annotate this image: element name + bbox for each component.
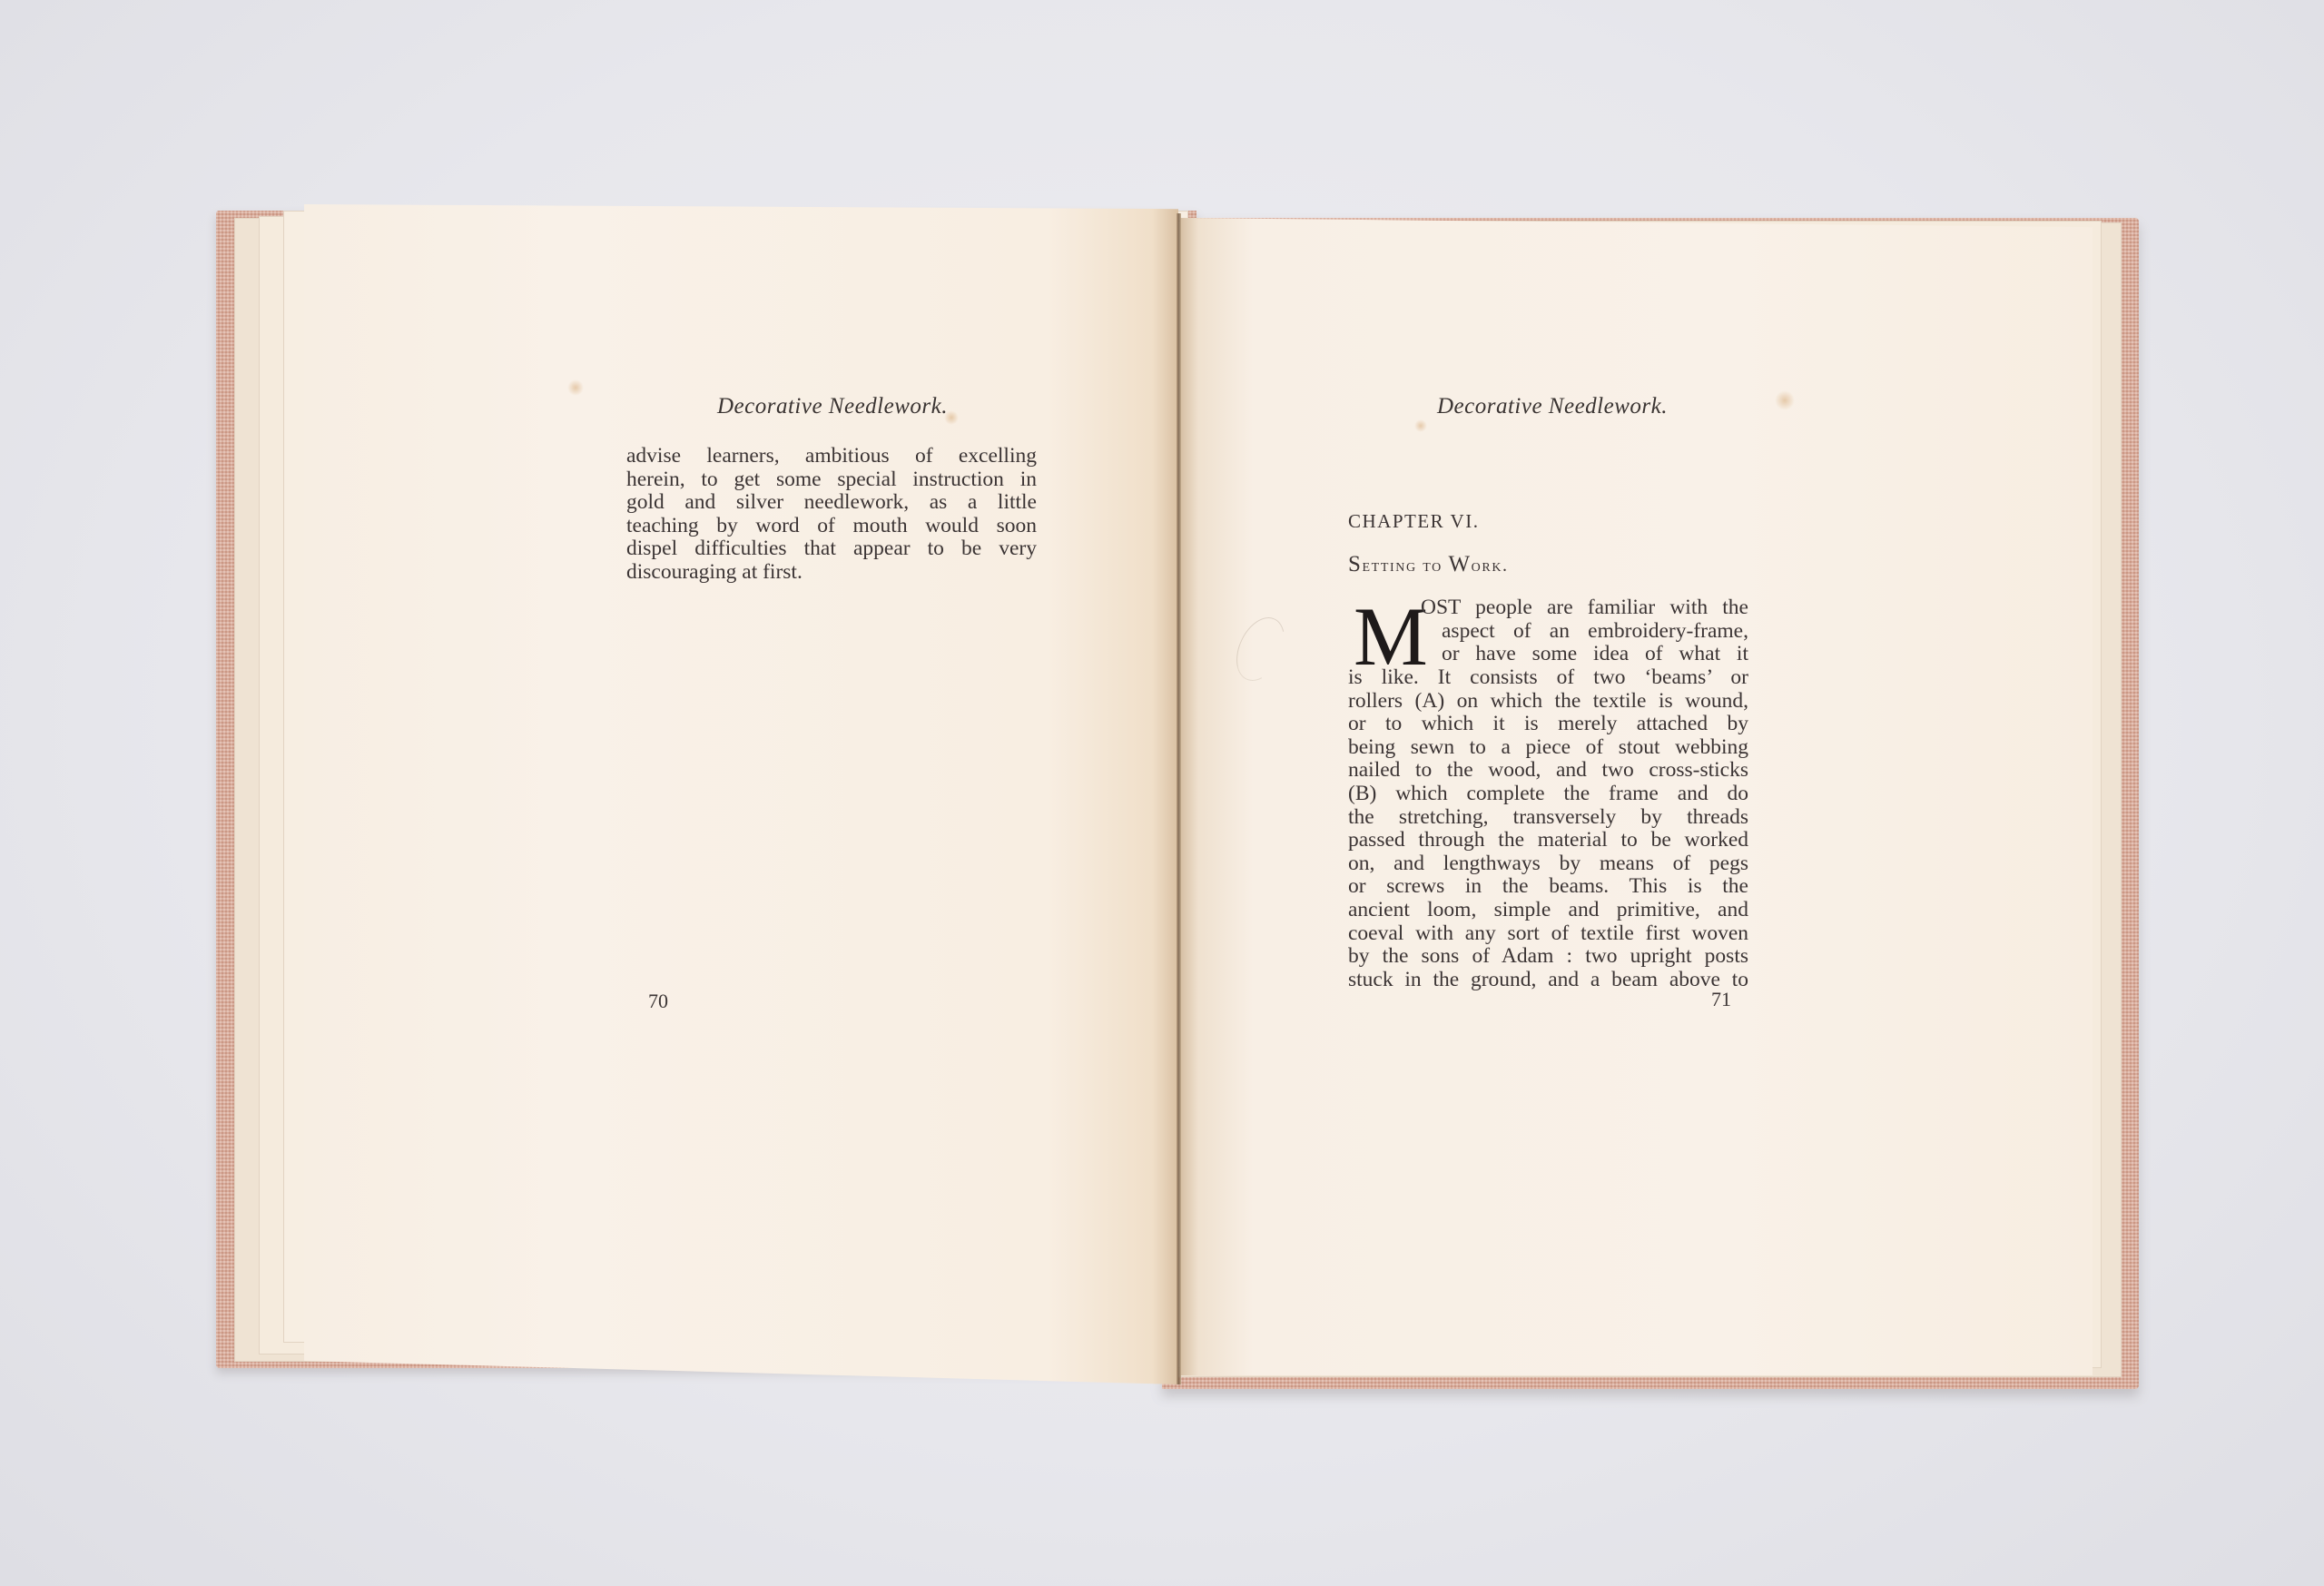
- text-line: aspect of an embroidery-frame,: [1442, 620, 1748, 644]
- page-number-right: 71: [1711, 988, 1731, 1011]
- left-page-body: advise learners, ambitious of excelling …: [626, 445, 1037, 585]
- left-page: [304, 204, 1178, 1384]
- text-line: or screws in the beams. This is the: [1348, 875, 1748, 899]
- text-line: coeval with any sort of textile first wo…: [1348, 922, 1748, 946]
- text-line: being sewn to a piece of stout webbing: [1348, 736, 1748, 760]
- section-text: etting to: [1363, 556, 1449, 576]
- text-line-last: discouraging at first.: [626, 561, 1037, 585]
- text-line: advise learners, ambitious of excelling: [626, 445, 1037, 468]
- text-line: or to which it is merely attached by: [1348, 713, 1748, 736]
- text-line: nailed to the wood, and two cross-sticks: [1348, 759, 1748, 783]
- text-line: teaching by word of mouth would soon: [626, 515, 1037, 538]
- chapter-heading: CHAPTER VI.: [1348, 510, 1479, 533]
- text-line: rollers (A) on which the textile is woun…: [1348, 690, 1748, 714]
- foxing-spot: [1775, 390, 1795, 410]
- section-initial: S: [1348, 552, 1363, 576]
- text-line: on, and lengthways by means of pegs: [1348, 852, 1748, 876]
- running-head-right: Decorative Needlework.: [1437, 394, 1668, 419]
- text-line: passed through the material to be worked: [1348, 829, 1748, 852]
- text-line: the stretching, transversely by threads: [1348, 806, 1748, 830]
- text-line: or have some idea of what it: [1442, 643, 1748, 666]
- running-head-left: Decorative Needlework.: [717, 394, 948, 419]
- right-page-body: is like. It consists of two ‘beams’ or r…: [1348, 666, 1748, 991]
- text-line: dispel difficulties that appear to be ve…: [626, 537, 1037, 561]
- text-line: ancient loom, simple and primitive, and: [1348, 899, 1748, 922]
- text-line: (B) which complete the frame and do: [1348, 783, 1748, 806]
- text-line: gold and silver needlework, as a little: [626, 491, 1037, 515]
- foxing-spot: [1414, 419, 1427, 432]
- text-line: OST people are familiar with the: [1421, 596, 1748, 620]
- drop-cap: M: [1354, 603, 1428, 670]
- section-heading: Setting to Work.: [1348, 552, 1509, 577]
- text-line: by the sons of Adam : two upright posts: [1348, 945, 1748, 969]
- section-text: ork.: [1472, 556, 1509, 576]
- foxing-spot: [567, 379, 584, 396]
- text-line: is like. It consists of two ‘beams’ or: [1348, 666, 1748, 690]
- text-line: herein, to get some special instruction …: [626, 468, 1037, 492]
- page-number-left: 70: [648, 990, 668, 1013]
- section-initial: W: [1448, 552, 1471, 576]
- book-gutter: [1177, 213, 1181, 1384]
- text-line: stuck in the ground, and a beam above to: [1348, 969, 1748, 992]
- right-page-indented-lines: OST people are familiar with the aspect …: [1425, 596, 1748, 666]
